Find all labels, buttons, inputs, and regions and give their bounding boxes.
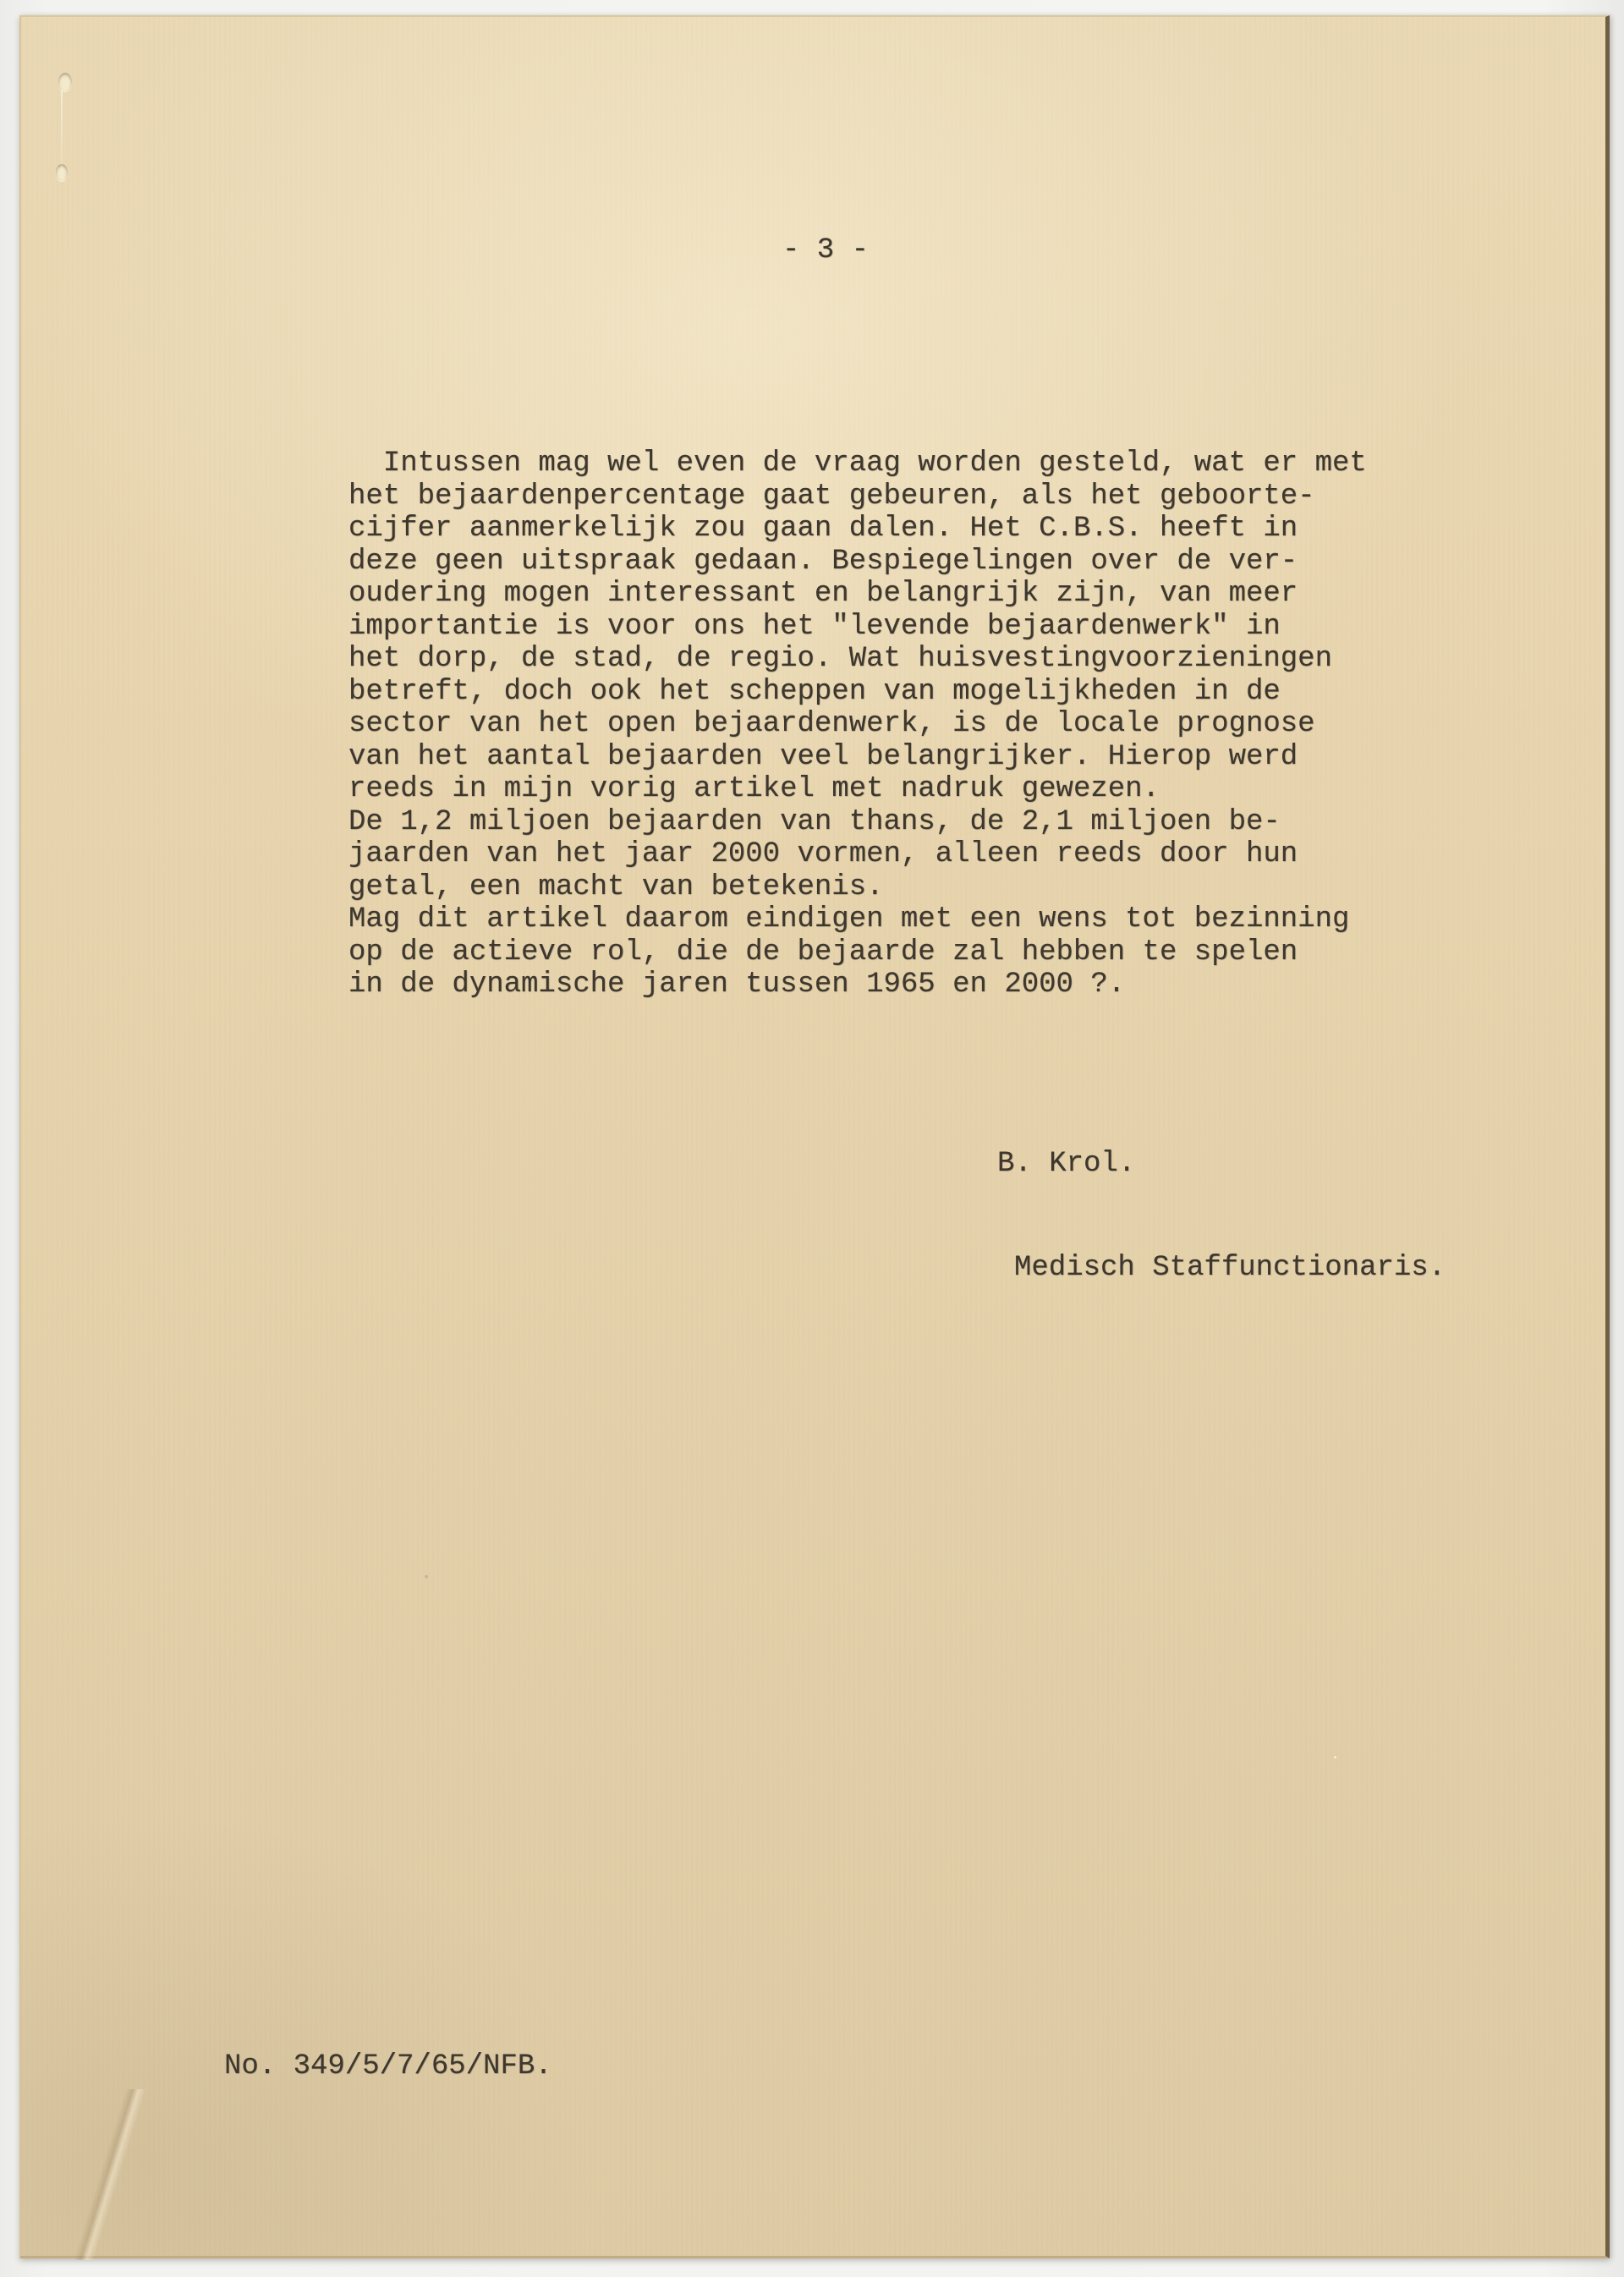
dust-speck <box>1334 1756 1336 1759</box>
page-number: - 3 - <box>782 234 869 267</box>
signature-title: Medisch Staffunctionaris. <box>1014 1251 1446 1286</box>
crease-mark <box>62 2089 155 2260</box>
staple-hole-top <box>58 73 72 91</box>
document-page: - 3 - Intussen mag wel even de vraag wor… <box>19 15 1610 2258</box>
scratch-mark <box>61 90 63 169</box>
reference-number: No. 349/5/7/65/NFB. <box>224 2050 552 2083</box>
signature-name: B. Krol. <box>997 1147 1446 1182</box>
body-text: Intussen mag wel even de vraag worden ge… <box>348 447 1367 1001</box>
dust-speck <box>425 1575 428 1578</box>
signature-block: B. Krol. Medisch Staffunctionaris. <box>997 1078 1446 1355</box>
scan-background: - 3 - Intussen mag wel even de vraag wor… <box>0 0 1624 2277</box>
